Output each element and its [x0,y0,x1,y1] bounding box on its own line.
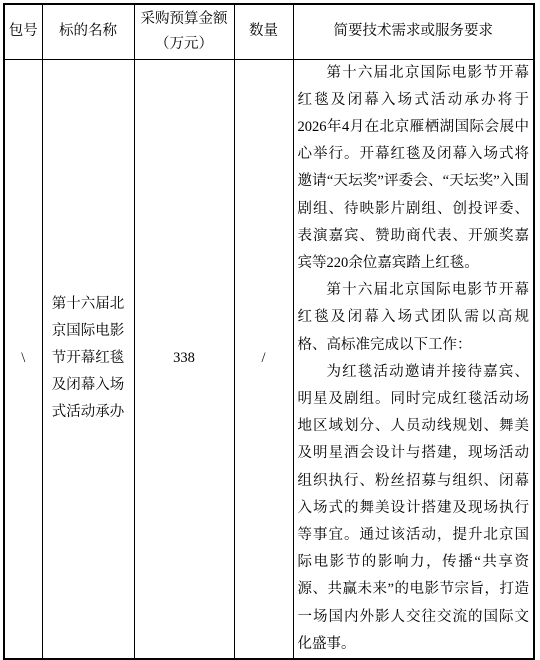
requirements-paragraph: 第十六届北京国际电影节开幕红毯及闭幕入场式团队需以高规格、高标准完成以下工作： [298,277,530,359]
cell-quantity: / [234,59,293,659]
table-row: \ 第十六届北京国际电影节开幕红毯及闭幕入场式活动承办 338 / 第十六届北京… [4,59,534,659]
requirements-paragraph: 第十六届北京国际电影节开幕红毯及闭幕入场式活动承办将于2026年4月在北京雁栖湖… [298,60,530,278]
header-budget: 采购预算金额（万元） [134,4,234,59]
header-package-no: 包号 [4,4,42,59]
cell-requirements: 第十六届北京国际电影节开幕红毯及闭幕入场式活动承办将于2026年4月在北京雁栖湖… [293,59,534,659]
document-page: 包号 标的名称 采购预算金额（万元） 数量 简要技术需求或服务要求 \ 第十六届… [0,0,540,639]
table-header-row: 包号 标的名称 采购预算金额（万元） 数量 简要技术需求或服务要求 [4,4,534,59]
cell-package-no: \ [4,59,42,659]
header-quantity: 数量 [234,4,293,59]
cell-budget: 338 [134,59,234,659]
requirements-paragraph: 为红毯活动邀请并接待嘉宾、明星及剧组。同时完成红毯活动场地区域划分、人员动线规划… [298,359,530,658]
procurement-table: 包号 标的名称 采购预算金额（万元） 数量 简要技术需求或服务要求 \ 第十六届… [3,3,535,660]
header-subject-name: 标的名称 [42,4,134,59]
cell-subject-name: 第十六届北京国际电影节开幕红毯及闭幕入场式活动承办 [42,59,134,659]
header-requirements: 简要技术需求或服务要求 [293,4,534,59]
